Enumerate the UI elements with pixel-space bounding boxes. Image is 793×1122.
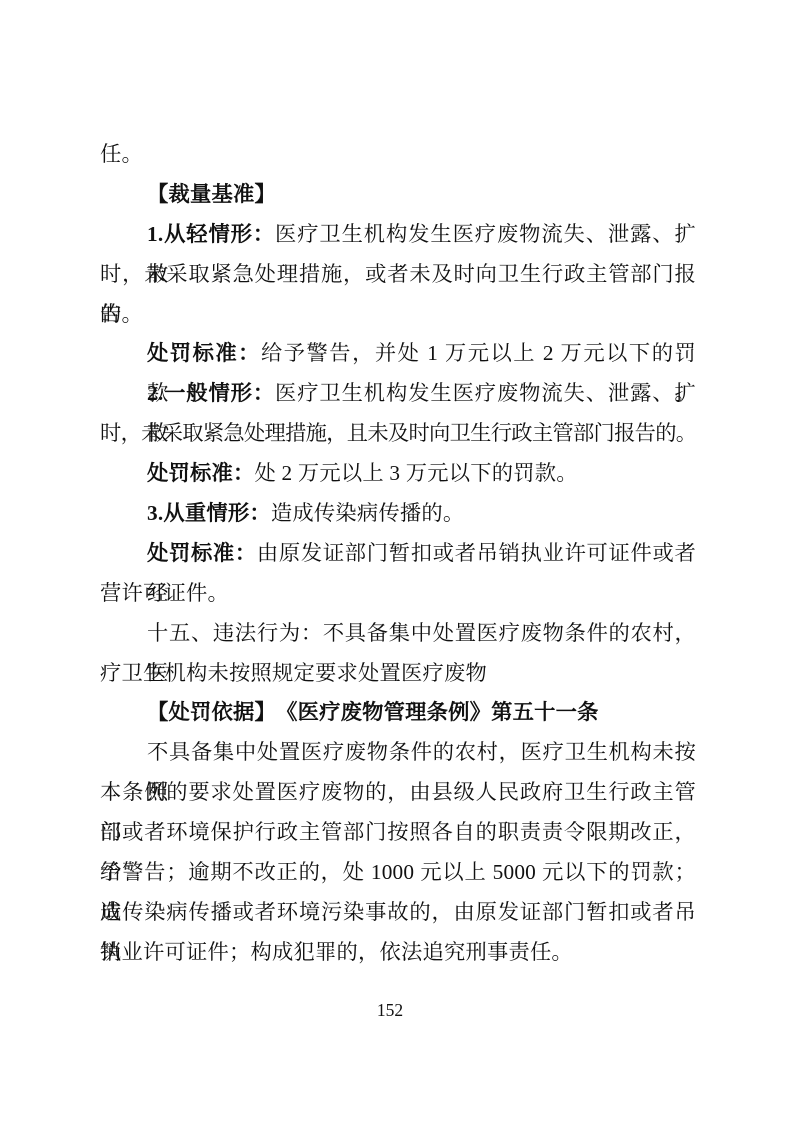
text-line-11: 处罚标准：由原发证部门暂扣或者吊销执业许可证件或者经	[100, 534, 696, 574]
text-line-5: 的。	[100, 295, 696, 335]
text-line-18: 门或者环境保护行政主管部门按照各自的职责责令限期改正，给	[100, 813, 696, 853]
text-line-3: 1.从轻情形：医疗卫生机构发生医疗废物流失、泄露、扩散	[100, 215, 696, 255]
text-run: 疗卫生机构未按照规定要求处置医疗废物	[100, 661, 487, 685]
text-line-17: 本条例的要求处置医疗废物的，由县级人民政府卫生行政主管部	[100, 773, 696, 813]
text-run: 任。	[100, 142, 143, 166]
text-run: 执业许可证件；构成犯罪的，依法追究刑事责任。	[100, 940, 573, 964]
bold-text-run: 处罚标准：	[147, 461, 255, 485]
text-line-21: 执业许可证件；构成犯罪的，依法追究刑事责任。	[100, 933, 696, 973]
text-line-9: 处罚标准：处 2 万元以上 3 万元以下的罚款。	[100, 454, 696, 494]
bold-text-run: 处罚标准：	[147, 541, 257, 565]
text-line-13: 十五、违法行为：不具备集中处置医疗废物条件的农村，医	[100, 614, 696, 654]
text-line-20: 成传染病传播或者环境污染事故的，由原发证部门暂扣或者吊销	[100, 893, 696, 933]
text-line-15: 【处罚依据】 《医疗废物管理条例》第五十一条	[100, 693, 696, 733]
text-run: 处 2 万元以上 3 万元以下的罚款。	[255, 461, 578, 485]
text-line-6: 处罚标准：给予警告，并处 1 万元以上 2 万元以下的罚款。	[100, 334, 696, 374]
text-line-7: 2.一般情形：医疗卫生机构发生医疗废物流失、泄露、扩散	[100, 374, 696, 414]
text-run: 造成传染病传播的。	[271, 501, 464, 525]
text-line-12: 营许可证件。	[100, 574, 696, 614]
text-line-14: 疗卫生机构未按照规定要求处置医疗废物	[100, 654, 696, 694]
bold-text-run: 3.从重情形：	[147, 501, 271, 525]
text-line-8: 时，未采取紧急处理措施，且未及时向卫生行政主管部门报告的。	[100, 414, 696, 454]
text-line-10: 3.从重情形：造成传染病传播的。	[100, 494, 696, 534]
text-line-4: 时，未采取紧急处理措施，或者未及时向卫生行政主管部门报告	[100, 255, 696, 295]
text-run: 营许可证件。	[100, 581, 229, 605]
bold-text-run: 2.一般情形：	[147, 381, 275, 405]
page-number: 152	[0, 998, 780, 1022]
text-run: 的。	[100, 302, 143, 326]
document-text-block: 任。【裁量基准】1.从轻情形：医疗卫生机构发生医疗废物流失、泄露、扩散时，未采取…	[100, 135, 696, 973]
bold-text-run: 1.从轻情形：	[147, 222, 275, 246]
text-line-16: 不具备集中处置医疗废物条件的农村，医疗卫生机构未按照	[100, 733, 696, 773]
bold-text-run: 处罚标准：	[147, 341, 261, 365]
bold-text-run: 【裁量基准】	[147, 182, 276, 206]
document-page: 任。【裁量基准】1.从轻情形：医疗卫生机构发生医疗废物流失、泄露、扩散时，未采取…	[0, 0, 793, 1122]
text-line-19: 予警告；逾期不改正的，处 1000 元以上 5000 元以下的罚款；造	[100, 853, 696, 893]
text-line-2: 【裁量基准】	[100, 175, 696, 215]
text-line-1: 任。	[100, 135, 696, 175]
text-run: 时，未采取紧急处理措施，且未及时向卫生行政主管部门报告的。	[100, 421, 696, 445]
bold-text-run: 【处罚依据】 《医疗废物管理条例》第五十一条	[147, 700, 599, 724]
